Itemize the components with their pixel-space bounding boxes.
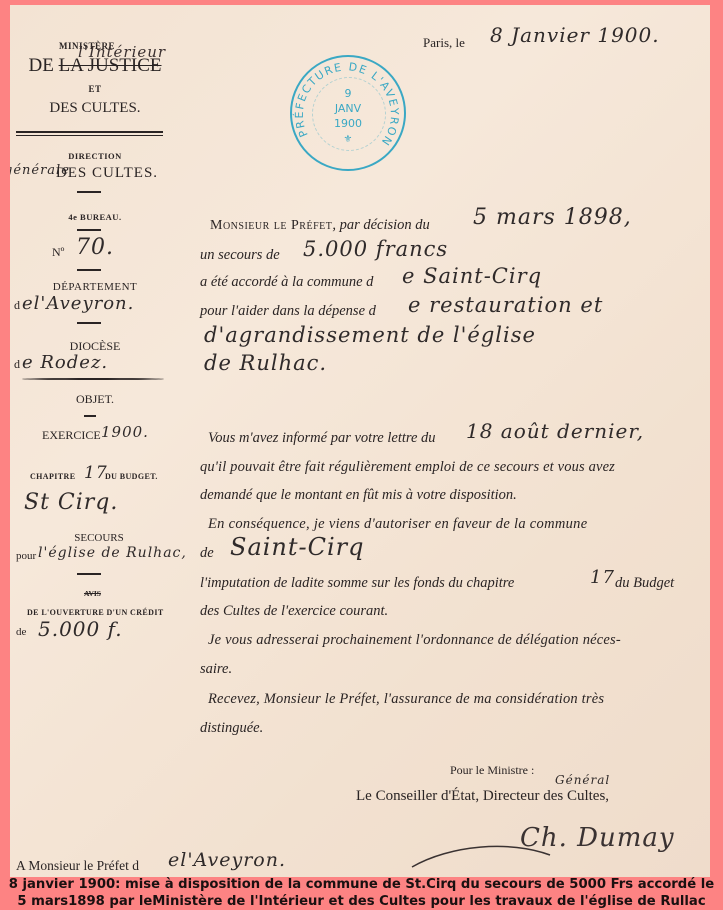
stamp-year: 1900 <box>292 117 404 130</box>
p1-line3: a été accordé à la commune d <box>200 274 373 291</box>
p3-prefix: de <box>200 545 214 562</box>
stamp-day: 9 <box>292 87 404 100</box>
image-caption: 8 janvier 1900: mise à disposition de la… <box>0 876 723 910</box>
header-rule-2 <box>16 135 163 136</box>
commune-name-2: Saint-Cirq <box>230 533 365 561</box>
p1-line1: Monsieur le Préfet, par décision du <box>210 217 430 234</box>
rule-bureau <box>77 229 101 231</box>
departement-value: el'Aveyron. <box>22 293 134 314</box>
ouverture-label: DE L'OUVERTURE D'UN CRÉDIT <box>27 608 164 617</box>
de-text: DE <box>28 55 53 76</box>
avis-label: AVIS <box>84 589 101 598</box>
credit-prefix: de <box>16 626 26 638</box>
caption-line-1: 8 janvier 1900: mise à disposition de la… <box>0 876 723 893</box>
p3-line3: l'imputation de ladite somme sur les fon… <box>200 575 514 592</box>
p3-line1: En conséquence, je viens d'autoriser en … <box>208 516 587 533</box>
chapitre-label: CHAPITRE <box>30 472 75 481</box>
caption-line-2: 5 mars1898 par leMinistère de l'Intérieu… <box>0 893 723 910</box>
p1-text-a: , par décision du <box>332 217 429 233</box>
pour-le-ministre: Pour le Ministre : <box>450 763 534 778</box>
exercice-value: 1900. <box>101 423 149 441</box>
p4-line2: saire. <box>200 661 232 678</box>
p3-line3-end: du Budget <box>615 575 674 592</box>
header-double-rule <box>16 131 163 133</box>
work-desc-2: d'agrandissement de l'église <box>204 323 536 347</box>
secours-label: SECOURS <box>14 532 184 544</box>
stamp-month: JANV <box>292 102 404 115</box>
et-label: ET <box>10 84 180 94</box>
rule-numero <box>77 269 101 271</box>
signatory-title: Le Conseiller d'État, Directeur des Cult… <box>356 788 609 805</box>
commune-name-1: e Saint-Cirq <box>402 264 542 288</box>
ministere-handwritten: l'Intérieur <box>78 43 166 61</box>
exercice-label: EXERCICE <box>42 428 101 443</box>
pour-label: pour <box>16 550 36 562</box>
stamp-ornament-icon: ⚜ <box>292 134 404 145</box>
general-handwritten: Général <box>555 773 610 787</box>
salutation: Monsieur le Préfet <box>210 218 332 233</box>
rule-direction <box>77 191 101 193</box>
p4-line1: Je vous adresserai prochainement l'ordon… <box>208 632 621 649</box>
p2-line3: demandé que le montant en fût mis à votr… <box>200 487 517 504</box>
lettre-date: 18 août dernier, <box>466 419 644 443</box>
signature-flourish-icon <box>410 835 610 875</box>
letter-document: MINISTÈRE l'Intérieur DE LA JUSTICE ET D… <box>10 5 710 877</box>
rule-departement <box>77 322 101 324</box>
addressee-value: el'Aveyron. <box>168 849 286 871</box>
chapitre-number: 17 <box>590 567 615 588</box>
p1-line2: un secours de <box>200 247 280 264</box>
departement-label: DÉPARTEMENT <box>10 281 180 293</box>
bureau-label: 4e BUREAU. <box>10 212 180 222</box>
p5-line2: distinguée. <box>200 720 263 737</box>
p1-line4: pour l'aider dans la dépense d <box>200 303 376 320</box>
rule-secours <box>77 573 101 575</box>
rule-diocese <box>22 378 164 380</box>
secours-amount: 5.000 francs <box>303 237 448 261</box>
ministry-header: MINISTÈRE l'Intérieur DE LA JUSTICE ET D… <box>10 41 180 117</box>
numero-label: Nº <box>52 245 64 260</box>
budget-label: DU BUDGET. <box>105 472 158 481</box>
p2-line1: Vous m'avez informé par votre lettre du <box>208 430 436 447</box>
credit-value: 5.000 f. <box>38 617 123 641</box>
rule-objet <box>84 415 96 417</box>
p2-line2: qu'il pouvait être fait régulièrement em… <box>200 459 615 476</box>
work-desc-1: e restauration et <box>408 293 603 317</box>
p3-line4: des Cultes de l'exercice courant. <box>200 603 388 620</box>
pour-value: l'église de Rulhac, <box>38 545 187 561</box>
direction-cultes: DES CULTES. <box>22 165 192 182</box>
decision-date: 5 mars 1898, <box>473 205 632 230</box>
work-desc-3: de Rulhac. <box>204 351 327 375</box>
departement-prefix: d <box>14 298 20 313</box>
prefecture-stamp: PRÉFECTURE DE L'AVEYRON 9 JANV 1900 ⚜ <box>290 55 406 171</box>
dateline-place: Paris, le <box>423 35 465 51</box>
direction-label: DIRECTION <box>10 151 180 161</box>
commune-handwritten: St Cirq. <box>24 490 118 515</box>
p5-line1: Recevez, Monsieur le Préfet, l'assurance… <box>208 691 604 708</box>
objet-label: OBJET. <box>10 392 180 407</box>
addressee-label: A Monsieur le Préfet d <box>16 858 139 874</box>
des-cultes-title: DES CULTES. <box>10 100 180 117</box>
dateline-date: 8 Janvier 1900. <box>490 23 660 47</box>
numero-value: 70. <box>76 235 114 260</box>
diocese-value: e Rodez. <box>22 352 108 373</box>
diocese-prefix: d <box>14 357 20 372</box>
